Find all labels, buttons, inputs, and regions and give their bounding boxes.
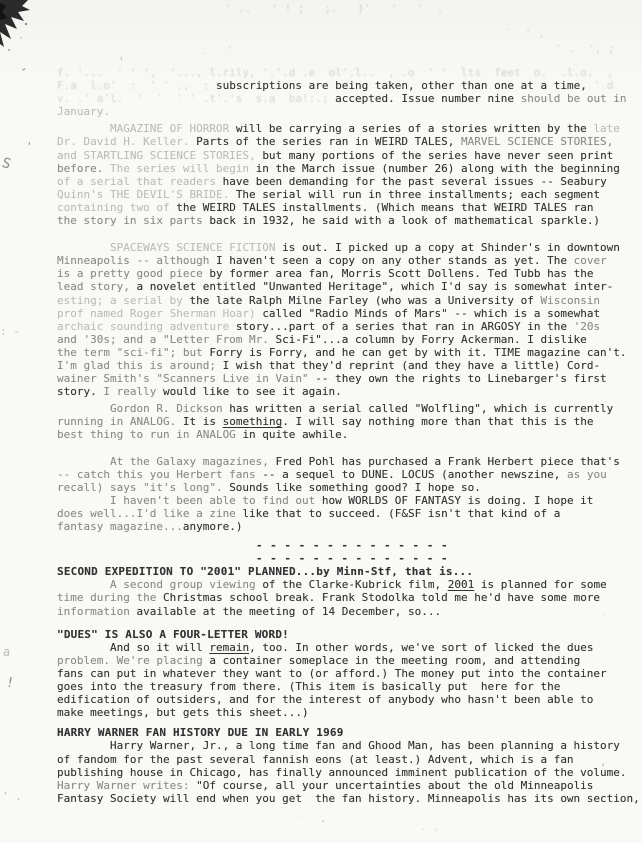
text-segment: subscriptions are being taken, other tha… <box>216 79 594 92</box>
text-segment: "DUES" IS ALSO A FOUR-LETTER WORD! <box>57 628 289 641</box>
text-line: is a pretty good piece by former area fa… <box>57 267 642 280</box>
ink-smudge: . ' <box>200 44 233 57</box>
section-heading: SECOND EXPEDITION TO "2001" PLANNED...by… <box>57 565 642 578</box>
section-heading: HARRY WARNER FAN HISTORY DUE IN EARLY 19… <box>57 726 642 739</box>
text-line: Fantasy Society will end when you get th… <box>57 792 642 805</box>
text-segment: And so it will <box>57 641 209 654</box>
text-line: edification of outsiders, and for the in… <box>57 693 642 706</box>
text-segment: I wish that they'd reprint (and they hav… <box>223 359 601 372</box>
text-line: A second group viewing of the Clarke-Kub… <box>57 578 642 591</box>
text-line: -- catch this you Herbert fans -- a sequ… <box>57 468 642 481</box>
paragraph: MAGAZINE OF HORROR will be carrying a se… <box>57 122 642 227</box>
text-segment: a container someplace in the meeting roo… <box>209 654 580 667</box>
text-line: - - - - - - - - - - - - - - <box>57 539 642 552</box>
paragraph: At the Galaxy magazines, Fred Pohl has p… <box>57 455 642 494</box>
ink-smudge: - <box>17 61 30 77</box>
text-segment: esting; a serial by <box>57 294 189 307</box>
text-line: Minneapolis -- although I haven't seen a… <box>57 254 642 267</box>
text-segment: how WORLDS OF FANTASY is doing. I hope i… <box>322 494 594 507</box>
text-segment: called "Radio Minds of Mars" -- which is… <box>262 307 600 320</box>
text-line: And so it will remain, too. In other wor… <box>57 641 642 654</box>
text-segment: edification of outsiders, and for the in… <box>57 693 593 706</box>
text-segment: archaic sounding adventure <box>57 320 236 333</box>
text-line: Harry Warner writes: "Of course, all you… <box>57 779 642 792</box>
text-line: wainer Smith's "Scanners Live in Vain" -… <box>57 372 642 385</box>
text-segment: -- a sequel to DUNE. LOCUS (another news… <box>262 468 567 481</box>
paragraph: And so it will remain, too. In other wor… <box>57 641 642 720</box>
text-segment: containing two of <box>57 201 176 214</box>
text-line: I haven't been able to find out how WORL… <box>57 494 642 507</box>
text-segment: the WEIRD TALES installments. (Which mea… <box>176 201 593 214</box>
scanned-page: ' .. ' ! ; ;. }' ' ' .` ' ,' . ', ;. ''-… <box>0 0 642 843</box>
text-segment: -- catch this you Herbert fans <box>57 468 262 481</box>
text-segment: should be out in <box>521 92 627 105</box>
text-segment: the late Ralph Milne Farley (who was a U… <box>189 294 540 307</box>
text-segment: At the Galaxy magazines, <box>57 455 276 468</box>
ink-smudge: ' <box>26 140 33 153</box>
text-line: f. '... ' ' ', '..., l.rily, '.'.d .e ol… <box>57 66 642 79</box>
text-segment: I really <box>103 385 163 398</box>
text-segment: Dr. David H. Keller. <box>57 135 196 148</box>
text-segment: wainer Smith's "Scanners Live in Vain" <box>57 372 315 385</box>
ink-smudge: ' . <box>2 790 22 803</box>
ink-smudge: ` ' , <box>505 27 545 40</box>
text-segment: of fandom for the past several fannish e… <box>57 753 574 766</box>
text-line: SECOND EXPEDITION TO "2001" PLANNED...by… <box>57 565 642 578</box>
text-segment: Sci-Fi"...a column by Forry Ackerman. I … <box>276 333 587 346</box>
text-segment: in the March issue (number 26) along wit… <box>256 162 620 175</box>
text-segment: It is <box>183 415 223 428</box>
text-segment: Harry Warner writes: <box>57 779 196 792</box>
text-line: esting; a serial by the late Ralph Milne… <box>57 294 642 307</box>
text-segment: MAGAZINE OF HORROR <box>57 122 236 135</box>
text-segment: and STARTLING SCIENCE STORIES, <box>57 149 262 162</box>
text-segment: SECOND EXPEDITION TO "2001" PLANNED...by… <box>57 565 473 578</box>
text-line: best thing to run in ANALOG in quite awh… <box>57 428 642 441</box>
text-segment: story...part of a series that ran in ARG… <box>236 320 574 333</box>
ink-smudge: : - <box>0 325 20 338</box>
text-line: HARRY WARNER FAN HISTORY DUE IN EARLY 19… <box>57 726 642 739</box>
text-line: SPACEWAYS SCIENCE FICTION is out. I pick… <box>57 241 642 254</box>
text-line: story. I really would like to see it aga… <box>57 385 642 398</box>
text-segment: recall) says "it's long". <box>57 481 229 494</box>
text-segment: Parts of the series ran in WEIRD TALES, <box>196 135 461 148</box>
text-segment: Fantasy Society will end when you get th… <box>57 792 640 805</box>
text-line: Gordon R. Dickson has written a serial c… <box>57 402 642 415</box>
text-segment: in quite awhile. <box>242 428 348 441</box>
text-line: publishing house in Chicago, has finally… <box>57 766 642 779</box>
text-line: lead story, a novelet entitled "Unwanted… <box>57 280 642 293</box>
text-segment: something <box>223 415 283 428</box>
text-line: I'm glad this is around; I wish that the… <box>57 359 642 372</box>
text-segment: by former area fan, Morris Scott Dollens… <box>209 267 593 280</box>
text-segment: is planned for some <box>474 578 606 591</box>
text-segment: '20s <box>574 320 601 333</box>
text-segment: problem. We're placing <box>57 654 209 667</box>
text-segment: A second group viewing <box>57 578 262 591</box>
text-segment: F.a l.o' : ' ' ., : <box>57 79 216 92</box>
text-segment: anymore.) <box>183 520 243 533</box>
text-line: running in ANALOG. It is something. I wi… <box>57 415 642 428</box>
ink-smudge: . , <box>420 820 440 833</box>
text-segment: the term "sci-fi"; but <box>57 346 209 359</box>
text-line: "DUES" IS ALSO A FOUR-LETTER WORD! <box>57 628 642 641</box>
text-segment: I'm glad this is around; <box>57 359 223 372</box>
text-segment: , too. In other words, we've sort of lic… <box>249 641 593 654</box>
text-line: and STARTLING SCIENCE STORIES, but many … <box>57 149 642 162</box>
text-segment: fantasy magazine... <box>57 520 183 533</box>
text-segment: I haven't seen a copy on any other stand… <box>216 254 574 267</box>
text-segment: is out. I picked up a copy at Shinder's … <box>282 241 620 254</box>
text-line: make meetings, but gets this sheet...) <box>57 706 642 719</box>
paragraph: A second group viewing of the Clarke-Kub… <box>57 578 642 617</box>
ink-smudge: S <box>0 155 13 173</box>
text-line: fans can put in whatever they want to (o… <box>57 667 642 680</box>
text-segment: Sounds like something good? I hope so. <box>229 481 481 494</box>
document-text: f. '... ' ' ', '..., l.rily, '.'.d .e ol… <box>57 66 642 805</box>
section-heading: "DUES" IS ALSO A FOUR-LETTER WORD! <box>57 628 642 641</box>
text-line: of fandom for the past several fannish e… <box>57 753 642 766</box>
text-segment: time during the <box>57 591 163 604</box>
text-line: At the Galaxy magazines, Fred Pohl has p… <box>57 455 642 468</box>
text-segment: -- they own the rights to Linebarger's f… <box>315 372 606 385</box>
text-segment: have been demanding for the past several… <box>223 175 607 188</box>
text-line: problem. We're placing a container somep… <box>57 654 642 667</box>
text-segment: and '30s; and a "Letter From Mr. <box>57 333 276 346</box>
text-segment: a novelet entitled "Unwanted Heritage", … <box>136 280 613 293</box>
text-segment: information <box>57 605 136 618</box>
text-segment: January. <box>57 105 110 118</box>
text-segment: "Of course, all your uncertainties about… <box>196 779 593 792</box>
text-segment: Wisconsin <box>540 294 600 307</box>
text-segment: story. <box>57 385 103 398</box>
text-line: containing two of the WEIRD TALES instal… <box>57 201 642 214</box>
text-line: fantasy magazine...anymore.) <box>57 520 642 533</box>
text-segment: The series will begin <box>110 162 256 175</box>
text-segment: does well...I'd like a zine <box>57 507 242 520</box>
text-line: the story in six parts back in 1932, he … <box>57 214 642 227</box>
paragraph: I haven't been able to find out how WORL… <box>57 494 642 533</box>
text-segment: the story in six parts <box>57 214 209 227</box>
text-segment: remain <box>209 641 249 654</box>
text-segment: of the Clarke-Kubrick film, <box>262 578 447 591</box>
ink-smudge: a <box>2 645 11 660</box>
text-segment: I haven't been able to find out <box>57 494 322 507</box>
text-segment: '.d <box>593 79 613 92</box>
text-segment: Forry is Forry, and he can get by with i… <box>209 346 626 359</box>
ink-smudge: . <box>320 812 327 825</box>
text-segment: Harry Warner, Jr., a long time fan and G… <box>57 739 620 752</box>
text-line: MAGAZINE OF HORROR will be carrying a se… <box>57 122 642 135</box>
text-segment: f. '... ' ' ', '..., l.rily, '.'.d .e ol… <box>57 66 613 79</box>
text-line: and '30s; and a "Letter From Mr. Sci-Fi"… <box>57 333 642 346</box>
dashed-separator: - - - - - - - - - - - - - -- - - - - - -… <box>57 539 642 565</box>
text-segment: but many portions of the series have nev… <box>262 149 613 162</box>
text-line: goes into the treasury from there. (This… <box>57 680 642 693</box>
text-segment: SPACEWAYS SCIENCE FICTION <box>57 241 282 254</box>
text-line: prof named Roger Sherman Hoar) called "R… <box>57 307 642 320</box>
text-segment: publishing house in Chicago, has finally… <box>57 766 627 779</box>
text-segment: - - - - - - - - - - - - - - <box>256 539 448 552</box>
ink-smudge: ! <box>5 675 15 691</box>
text-segment: late <box>593 122 620 135</box>
text-segment: available at the meeting of 14 December,… <box>136 605 441 618</box>
text-segment: MARVEL SCIENCE STORIES, <box>461 135 613 148</box>
text-segment: Gordon R. Dickson <box>57 402 229 415</box>
text-line: Dr. David H. Keller. Parts of the series… <box>57 135 642 148</box>
paragraph: SPACEWAYS SCIENCE FICTION is out. I pick… <box>57 241 642 398</box>
text-segment: prof named Roger Sherman Hoar) <box>57 307 262 320</box>
text-line: before. The series will begin in the Mar… <box>57 162 642 175</box>
text-segment: Fred Pohl has purchased a Frank Herbert … <box>276 455 620 468</box>
text-line: time during the Christmas school break. … <box>57 591 642 604</box>
text-segment: 2001 <box>448 578 475 591</box>
text-segment: best thing to run in ANALOG <box>57 428 242 441</box>
text-line: Quinn's THE DEVIL'S BRIDE. The serial wi… <box>57 188 642 201</box>
text-segment: accepted. Issue number nine <box>335 92 520 105</box>
text-segment: make meetings, but gets this sheet...) <box>57 706 309 719</box>
text-segment: - - - - - - - - - - - - - - <box>256 552 448 565</box>
text-line: Harry Warner, Jr., a long time fan and G… <box>57 739 642 752</box>
text-segment: will be carrying a series of a stories w… <box>236 122 594 135</box>
text-segment: back in 1932, he said with a look of mat… <box>209 214 600 227</box>
ink-smudge: ' .. ' ! ; ;. }' ' ' . <box>225 2 444 15</box>
paragraph: Harry Warner, Jr., a long time fan and G… <box>57 739 642 804</box>
text-line: F.a l.o' : ' ' ., : subscriptions are be… <box>57 79 642 92</box>
paragraph: Gordon R. Dickson has written a serial c… <box>57 402 642 441</box>
text-line: v. .' a'l. ' ' ' ' .t'.'s s.a ba!:.; acc… <box>57 92 642 105</box>
text-segment: Christmas school break. Frank Stodolka t… <box>163 591 600 604</box>
text-line: of a serial that readers have been deman… <box>57 175 642 188</box>
text-segment: . I will say nothing more than that this… <box>282 415 593 428</box>
text-segment: running in ANALOG. <box>57 415 183 428</box>
text-line: January. <box>57 105 642 118</box>
text-segment: has written a serial called "Wolfling", … <box>229 402 613 415</box>
text-segment: as you <box>567 468 607 481</box>
text-line: the term "sci-fi"; but Forry is Forry, a… <box>57 346 642 359</box>
text-segment: would like to see it again. <box>163 385 342 398</box>
text-segment: goes into the treasury from there. (This… <box>57 680 560 693</box>
text-segment: HARRY WARNER FAN HISTORY DUE IN EARLY 19… <box>57 726 344 739</box>
text-segment: lead story, <box>57 280 136 293</box>
ink-smudge: ' . ', ; <box>555 42 615 55</box>
text-line: information available at the meeting of … <box>57 605 642 618</box>
text-segment: before. <box>57 162 110 175</box>
text-line: archaic sounding adventure story...part … <box>57 320 642 333</box>
text-segment: Quinn's THE DEVIL'S BRIDE. <box>57 188 236 201</box>
text-segment: fans can put in whatever they want to (o… <box>57 667 607 680</box>
text-segment: The serial will run in three installment… <box>236 188 600 201</box>
text-segment: Minneapolis -- although <box>57 254 216 267</box>
text-segment: is a pretty good piece <box>57 267 209 280</box>
ink-blot <box>0 0 38 60</box>
text-segment: v. .' a'l. ' ' ' ' .t'.'s s.a ba!:.; <box>57 92 335 105</box>
faded-text-block: f. '... ' ' ', '..., l.rily, '.'.d .e ol… <box>57 66 642 118</box>
text-segment: cover <box>574 254 607 267</box>
text-line: does well...I'd like a zine like that to… <box>57 507 642 520</box>
text-segment: of a serial that readers <box>57 175 223 188</box>
text-line: recall) says "it's long". Sounds like so… <box>57 481 642 494</box>
text-segment: like that to succeed. (F&SF isn't that k… <box>242 507 560 520</box>
text-line: - - - - - - - - - - - - - - <box>57 552 642 565</box>
